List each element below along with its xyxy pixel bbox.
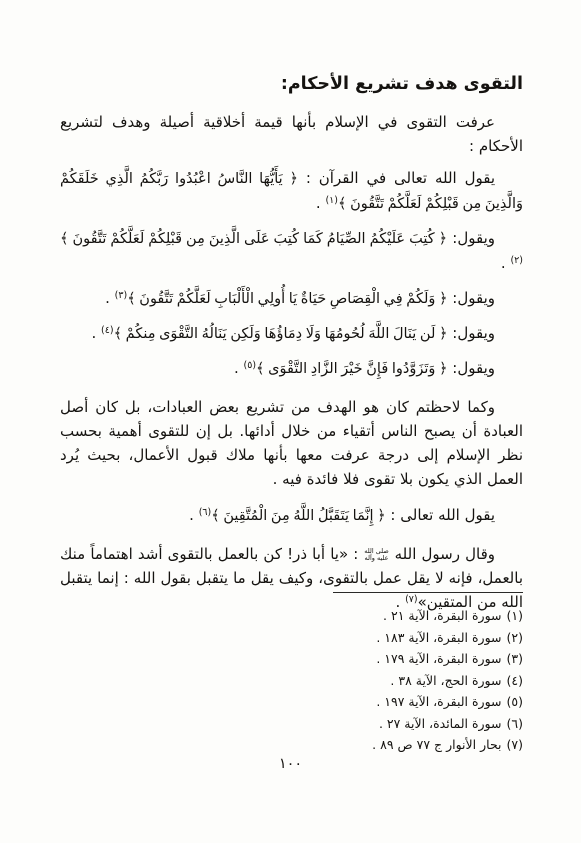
footnote-6: (٦)سورة المائدة، الآية ٢٧ . [333,713,523,735]
footnote-divider [333,592,523,593]
quran-verse: ﴿ إِنَّمَا يَتَقَبَّلُ اللَّهُ مِنَ الْم… [211,508,385,524]
footnote-2: (٢)سورة البقرة، الآية ١٨٣ . [333,627,523,649]
footnote-text: بحار الأنوار ج ٧٧ ص ٨٩ . [372,737,501,752]
quran-quote-1: يقول الله تعالى في القرآن : ﴿ يَأَيُّهَا… [60,166,523,218]
hadith-intro: وقال رسول الله [395,545,495,563]
quran-quote-2: ويقول: ﴿ كُتِبَ عَلَيْكُمُ الصِّيَامُ كَ… [60,226,523,278]
footnote-marker: (٤) [101,325,114,336]
footnote-text: سورة البقرة، الآية ١٧٩ . [376,651,501,666]
quran-verse: ﴿ وَلَكُمْ فِي الْقِصَاصِ حَيَاةٌ يَا أُ… [127,291,447,307]
footnote-number: (٦) [507,716,524,731]
quote-intro: ويقول: [452,324,495,342]
sentence-period: . [234,359,239,377]
quote-intro: يقول الله تعالى في القرآن : [306,169,495,187]
footnote-number: (٢) [507,630,524,645]
footnote-3: (٣)سورة البقرة، الآية ١٧٩ . [333,648,523,670]
quran-verse: ﴿ وَتَزَوَّدُوا فَإِنَّ خَيْرَ الزَّادِ … [256,361,447,377]
quote-intro: يقول الله تعالى : [390,506,495,524]
sentence-period: . [105,289,110,307]
sentence-period: . [189,506,194,524]
footnote-1: (١)سورة البقرة، الآية ٢١ . [333,605,523,627]
footnote-number: (٣) [507,651,524,666]
footnote-text: سورة البقرة، الآية ١٨٣ . [376,630,501,645]
footnote-text: سورة البقرة، الآية ٢١ . [383,608,501,623]
footnote-7: (٧)بحار الأنوار ج ٧٧ ص ٨٩ . [333,734,523,756]
footnote-marker: (٦) [199,507,212,518]
quran-quote-3: ويقول: ﴿ وَلَكُمْ فِي الْقِصَاصِ حَيَاةٌ… [60,286,523,313]
footnote-number: (٤) [507,673,524,688]
footnote-marker: (٣) [115,290,128,301]
quran-quote-6: يقول الله تعالى : ﴿ إِنَّمَا يَتَقَبَّلُ… [60,503,523,530]
intro-paragraph: عرفت التقوى في الإسلام بأنها قيمة أخلاقي… [60,110,523,158]
document-page: التقوى هدف تشريع الأحكام: عرفت التقوى في… [0,0,581,843]
page-number: ١٠٠ [0,756,581,772]
quran-verse: ﴿ كُتِبَ عَلَيْكُمُ الصِّيَامُ كَمَا كُت… [60,231,447,247]
footnote-marker: (١) [325,195,338,206]
footnote-4: (٤)سورة الحج، الآية ٣٨ . [333,670,523,692]
pbuh-symbol: صلى الله عليه وآله [364,548,390,561]
footnote-marker: (٢) [510,255,523,266]
quran-quote-5: ويقول: ﴿ وَتَزَوَّدُوا فَإِنَّ خَيْرَ ال… [60,356,523,383]
quran-quote-4: ويقول: ﴿ لَن يَنَالَ اللَّهَ لُحُومُهَا … [60,321,523,348]
footnote-5: (٥)سورة البقرة، الآية ١٩٧ . [333,691,523,713]
footnotes-section: (١)سورة البقرة، الآية ٢١ . (٢)سورة البقر… [333,592,523,756]
body-paragraph: وكما لاحظتم كان هو الهدف من تشريع بعض ال… [60,395,523,491]
footnote-number: (٥) [507,694,524,709]
footnote-text: سورة المائدة، الآية ٢٧ . [379,716,502,731]
footnote-number: (٧) [507,737,524,752]
hadith-colon: : [353,545,358,563]
page-title: التقوى هدف تشريع الأحكام: [60,74,523,94]
footnote-text: سورة البقرة، الآية ١٩٧ . [376,694,501,709]
footnote-number: (١) [507,608,524,623]
sentence-period: . [316,194,321,212]
quote-intro: ويقول: [452,229,495,247]
quote-intro: ويقول: [452,359,495,377]
sentence-period: . [91,324,96,342]
footnote-text: سورة الحج، الآية ٣٨ . [390,673,501,688]
footnote-marker: (٥) [244,360,257,371]
sentence-period: . [501,254,506,272]
quote-intro: ويقول: [452,289,495,307]
quran-verse: ﴿ لَن يَنَالَ اللَّهَ لُحُومُهَا وَلَا د… [114,326,448,342]
